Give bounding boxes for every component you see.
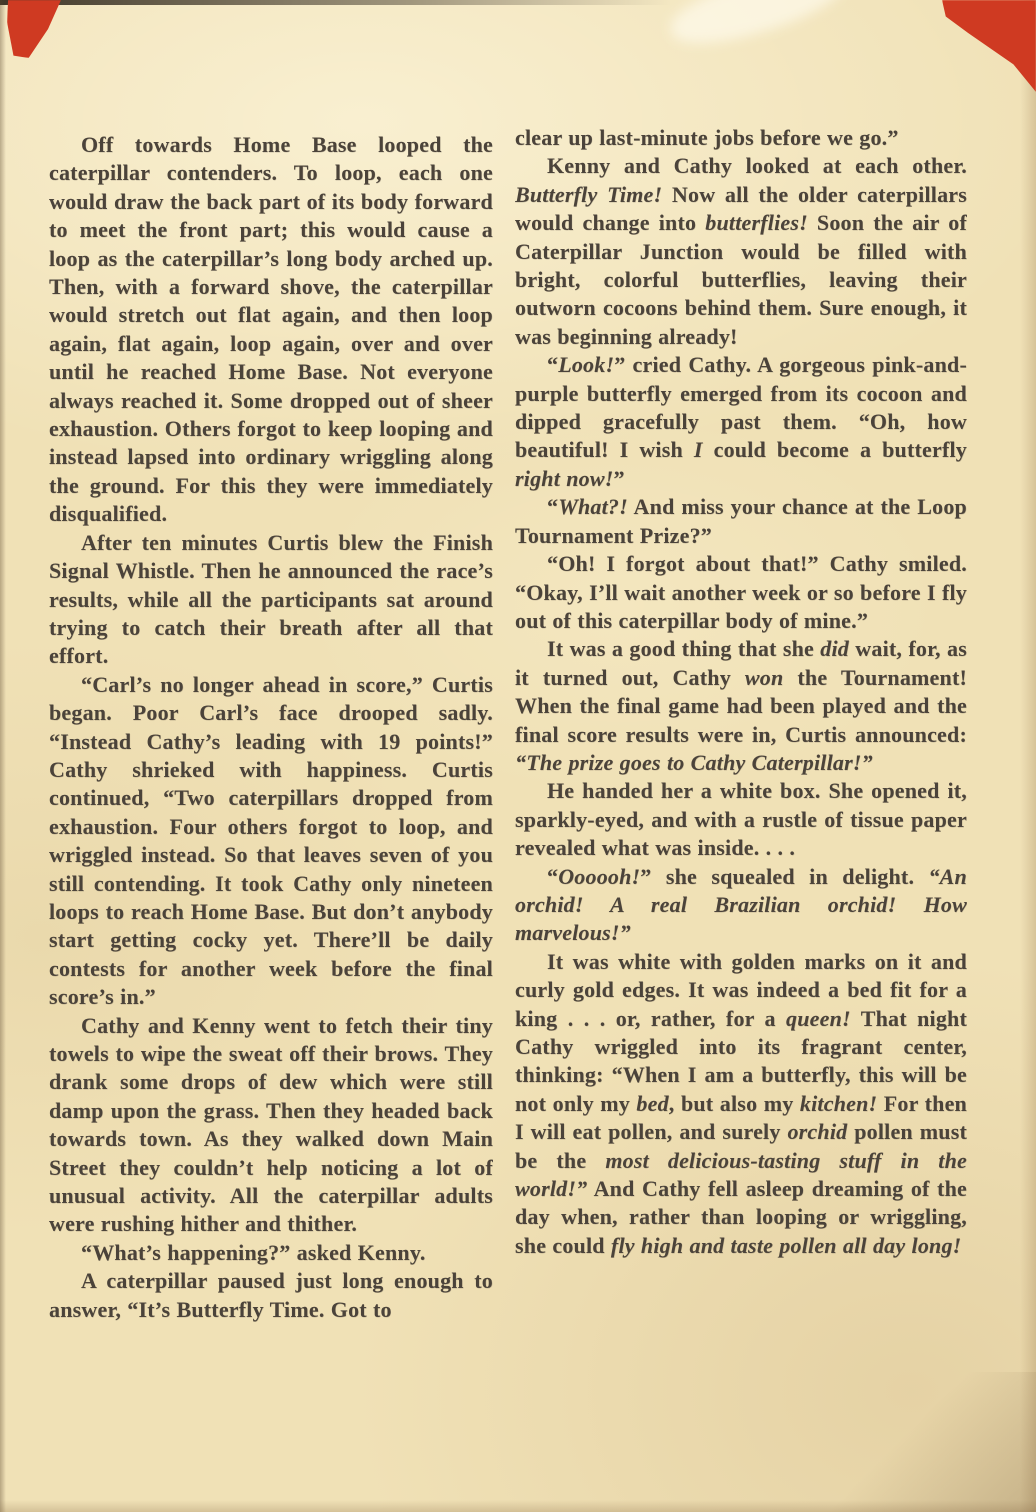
page-top-edge-shadow	[0, 0, 746, 5]
story-paragraph: “Oooooh!” she squealed in delight. “An o…	[515, 863, 967, 948]
story-paragraph: “Look!” cried Cathy. A gorgeous pink-and…	[515, 351, 967, 493]
story-text: Kenny and Cathy looked at each other.	[547, 153, 967, 178]
story-text-italic: bed	[636, 1091, 668, 1116]
story-paragraph: clear up last-minute jobs before we go.”	[515, 124, 967, 152]
story-text-italic: Butterfly Time!	[515, 182, 662, 207]
story-text-italic: kitchen!	[800, 1091, 877, 1116]
story-paragraph: He handed her a white box. She opened it…	[515, 777, 967, 862]
story-text: After ten minutes Curtis blew the Finish…	[49, 530, 493, 669]
story-paragraph: A caterpillar paused just long enough to…	[49, 1267, 493, 1324]
story-paragraph: Kenny and Cathy looked at each other. Bu…	[515, 152, 967, 351]
story-text: clear up last-minute jobs before we go.”	[515, 125, 899, 150]
red-ink-mark-top-left	[7, 0, 61, 58]
story-text-italic: did	[820, 636, 849, 661]
story-paragraph: Cathy and Kenny went to fetch their tiny…	[49, 1012, 493, 1239]
story-text-italic: “The prize goes to Cathy Caterpillar!”	[515, 750, 873, 775]
story-paragraph: It was a good thing that she did wait, f…	[515, 635, 967, 777]
story-text: “	[547, 352, 558, 377]
story-text: “Carl’s no longer ahead in score,” Curti…	[49, 672, 493, 1009]
story-text: Cathy and Kenny went to fetch their tiny…	[49, 1013, 493, 1237]
story-text: could become a butterfly	[703, 437, 967, 462]
page-right-edge-shadow	[1020, 0, 1036, 1512]
story-paragraph: It was white with golden marks on it and…	[515, 948, 967, 1260]
story-text-italic: fly high and taste pollen all day long!	[611, 1233, 962, 1258]
story-paragraph: “What?! And miss your chance at the Loop…	[515, 493, 967, 550]
text-column-left: Off towards Home Base looped the caterpi…	[49, 131, 493, 1453]
story-text: He handed her a white box. She opened it…	[515, 778, 967, 860]
story-paragraph: Off towards Home Base looped the caterpi…	[49, 131, 493, 529]
text-column-right: clear up last-minute jobs before we go.”…	[515, 124, 967, 1454]
story-text-italic: What?!	[558, 494, 628, 519]
story-text: “Oh! I forgot about that!” Cathy smiled.…	[515, 551, 967, 633]
story-text: A caterpillar paused just long enough to…	[49, 1268, 493, 1321]
story-text: “	[547, 494, 558, 519]
story-text: , but also my	[669, 1091, 800, 1116]
story-paragraph: After ten minutes Curtis blew the Finish…	[49, 529, 493, 671]
story-text: “	[547, 864, 558, 889]
story-text: ” she squealed in delight.	[640, 864, 928, 889]
story-text-italic: I	[694, 437, 703, 462]
story-text-italic: queen!	[786, 1006, 851, 1031]
paper-light-streak	[664, 0, 851, 57]
story-text: Off towards Home Base looped the caterpi…	[49, 132, 493, 526]
story-paragraph: “Oh! I forgot about that!” Cathy smiled.…	[515, 550, 967, 635]
story-page: Off towards Home Base looped the caterpi…	[0, 0, 1036, 1512]
story-text: ”	[614, 466, 625, 491]
story-text-italic: Look!	[558, 352, 614, 377]
story-text-italic: orchid	[787, 1119, 847, 1144]
story-text: It was a good thing that she	[547, 636, 820, 661]
story-text-italic: Oooooh!	[558, 864, 640, 889]
story-paragraph: “What’s happening?” asked Kenny.	[49, 1239, 493, 1267]
page-curl-shadow	[796, 1372, 1036, 1512]
page-left-edge-shadow	[0, 0, 6, 1512]
story-text-italic: butterflies!	[705, 210, 808, 235]
story-paragraph: “Carl’s no longer ahead in score,” Curti…	[49, 671, 493, 1012]
story-text-italic: won	[745, 665, 784, 690]
story-text-italic: right now!	[515, 466, 614, 491]
story-text: “What’s happening?” asked Kenny.	[81, 1240, 426, 1265]
